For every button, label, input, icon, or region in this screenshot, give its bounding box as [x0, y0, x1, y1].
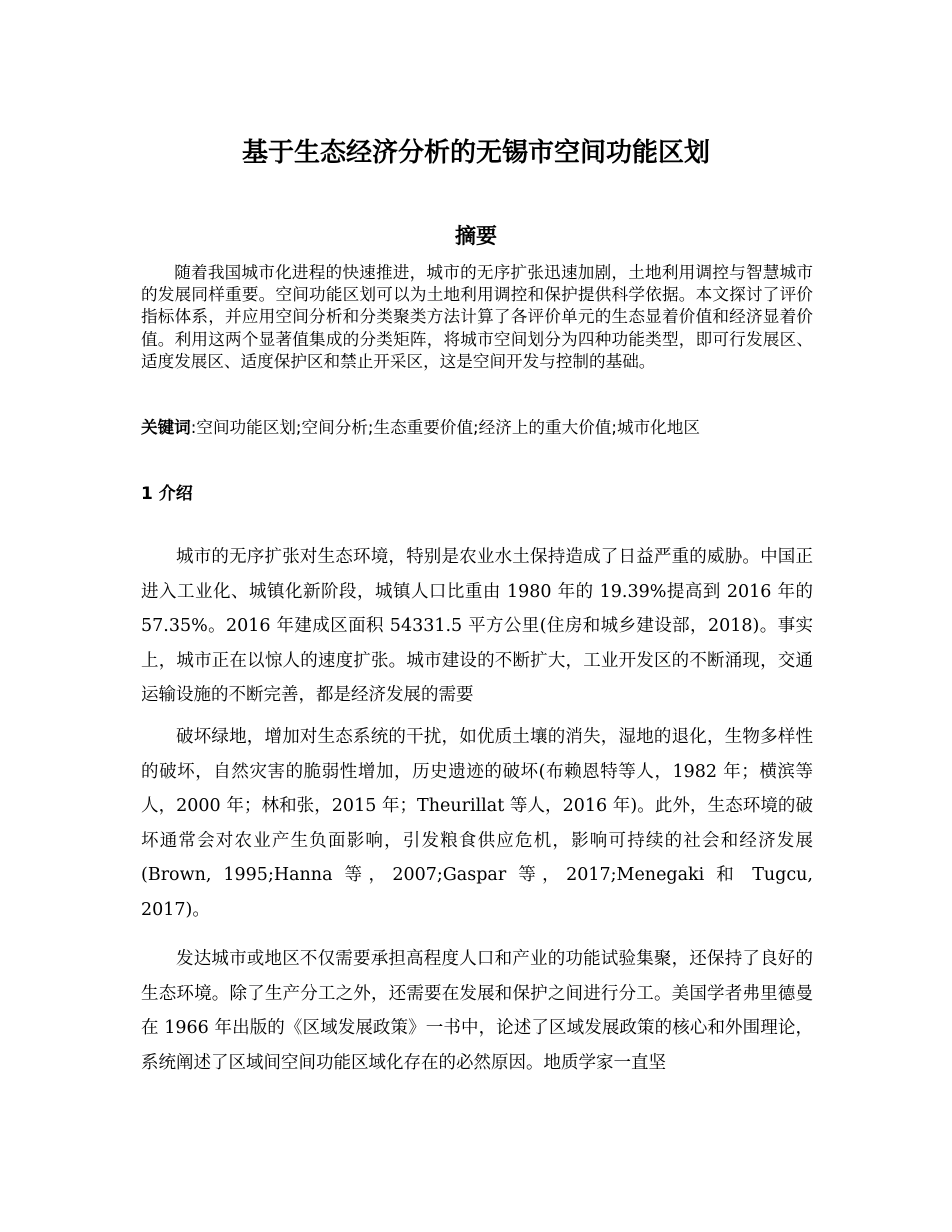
body-paragraph: 发达城市或地区不仅需要承担高程度人口和产业的功能试验集聚，还保持了良好的生态环境… — [141, 942, 813, 1080]
body-paragraph: 破坏绿地，增加对生态系统的干扰，如优质土壤的消失，湿地的退化，生物多样性的破坏，… — [141, 720, 813, 928]
abstract-heading: 摘要 — [0, 222, 952, 250]
keywords-label: 关键词 — [141, 418, 191, 437]
body-paragraph: 城市的无序扩张对生态环境，特别是农业水土保持造成了日益严重的威胁。中国正进入工业… — [141, 540, 813, 713]
document-title: 基于生态经济分析的无锡市空间功能区划 — [0, 136, 952, 170]
abstract-text: 随着我国城市化进程的快速推进，城市的无序扩张迅速加剧，土地利用调控与智慧城市的发… — [141, 262, 813, 373]
keywords-line: 关键词:空间功能区划;空间分析;生态重要价值;经济上的重大价值;城市化地区 — [141, 417, 821, 439]
keywords-text: :空间功能区划;空间分析;生态重要价值;经济上的重大价值;城市化地区 — [191, 418, 700, 437]
document-page: 基于生态经济分析的无锡市空间功能区划 摘要 随着我国城市化进程的快速推进，城市的… — [0, 0, 952, 1232]
section-heading-introduction: 1 介绍 — [141, 482, 193, 506]
